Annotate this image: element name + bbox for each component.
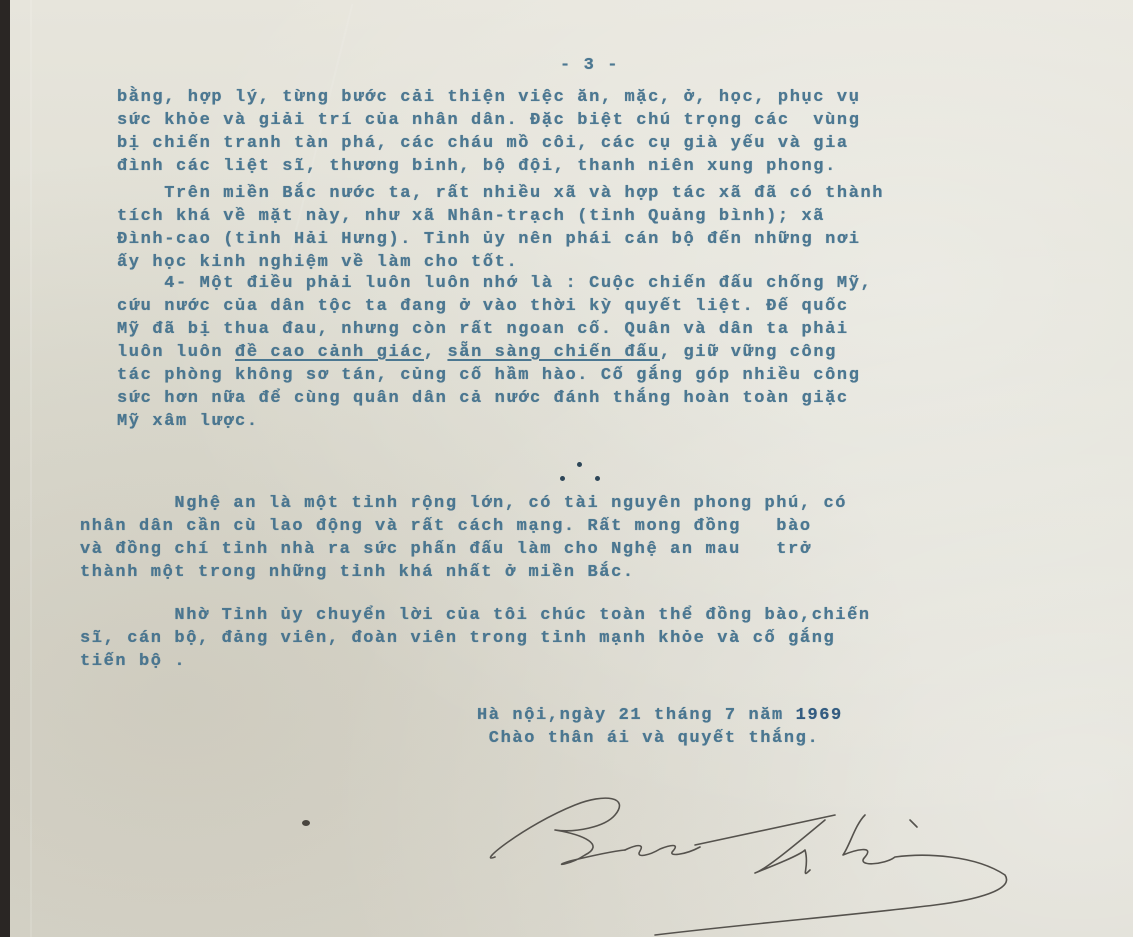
text-line: tích khá về mặt này, như xã Nhân-trạch (… [117, 205, 884, 228]
closing-block: Hà nội,ngày 21 tháng 7 năm 1969 Chào thâ… [477, 704, 843, 750]
text-fragment: luôn luôn [117, 343, 235, 362]
text-fragment: , giữ vững công [660, 343, 837, 362]
underlined-phrase: sẵn sàng chiến đấu [447, 343, 659, 362]
text-line: sức khỏe và giải trí của nhân dân. Đặc b… [117, 109, 861, 132]
text-line: luôn luôn đề cao cảnh giác, sẵn sàng chi… [117, 341, 872, 364]
dot [595, 476, 600, 481]
text-line: Nghệ an là một tỉnh rộng lớn, có tài ngu… [80, 492, 847, 515]
ink-spot [302, 820, 310, 826]
text-line: Đình-cao (tỉnh Hải Hưng). Tỉnh ủy nên ph… [117, 228, 884, 251]
section-separator-dots [560, 462, 600, 492]
year: 1969 [796, 706, 843, 725]
text-line: bằng, hợp lý, từng bước cải thiện việc ă… [117, 86, 861, 109]
text-line: cứu nước của dân tộc ta đang ở vào thời … [117, 295, 872, 318]
text-line: và đồng chí tỉnh nhà ra sức phấn đấu làm… [80, 538, 847, 561]
page-number: - 3 - [560, 54, 619, 77]
text-line: Trên miền Bắc nước ta, rất nhiều xã và h… [117, 182, 884, 205]
salutation: Chào thân ái và quyết thắng. [477, 727, 843, 750]
text-line: bị chiến tranh tàn phá, các cháu mồ côi,… [117, 132, 861, 155]
text-line: Nhờ Tỉnh ủy chuyển lời của tôi chúc toàn… [80, 604, 871, 627]
paragraph-4: Nghệ an là một tỉnh rộng lớn, có tài ngu… [80, 492, 847, 584]
signature: Bác Hồ [455, 775, 1015, 937]
underlined-phrase: đề cao cảnh giác [235, 343, 424, 362]
text-line: nhân dân cần cù lao động và rất cách mạn… [80, 515, 847, 538]
paragraph-1: bằng, hợp lý, từng bước cải thiện việc ă… [117, 86, 861, 178]
text-line: Mỹ xâm lược. [117, 410, 872, 433]
text-line: ấy học kinh nghiệm về làm cho tốt. [117, 251, 884, 274]
paragraph-2: Trên miền Bắc nước ta, rất nhiều xã và h… [117, 182, 884, 274]
paragraph-5: Nhờ Tỉnh ủy chuyển lời của tôi chúc toàn… [80, 604, 871, 673]
text-line: thành một trong những tỉnh khá nhất ở mi… [80, 561, 847, 584]
text-line: sức hơn nữa để cùng quân dân cả nước đán… [117, 387, 872, 410]
paragraph-3: 4- Một điều phải luôn luôn nhớ là : Cuộc… [117, 272, 872, 433]
place-date-line: Hà nội,ngày 21 tháng 7 năm 1969 [477, 704, 843, 727]
dot [577, 462, 582, 467]
text-line: 4- Một điều phải luôn luôn nhớ là : Cuộc… [117, 272, 872, 295]
text-line: Mỹ đã bị thua đau, nhưng còn rất ngoan c… [117, 318, 872, 341]
text-line: tiến bộ . [80, 650, 871, 673]
text-line: tác phòng không sơ tán, củng cố hầm hào.… [117, 364, 872, 387]
text-line: sĩ, cán bộ, đảng viên, đoàn viên trong t… [80, 627, 871, 650]
dot [560, 476, 565, 481]
text-fragment: , [424, 343, 448, 362]
place-date: Hà nội,ngày 21 tháng 7 năm [477, 706, 796, 725]
text-line: đình các liệt sĩ, thương binh, bộ đội, t… [117, 155, 861, 178]
paper-fold [30, 0, 32, 937]
